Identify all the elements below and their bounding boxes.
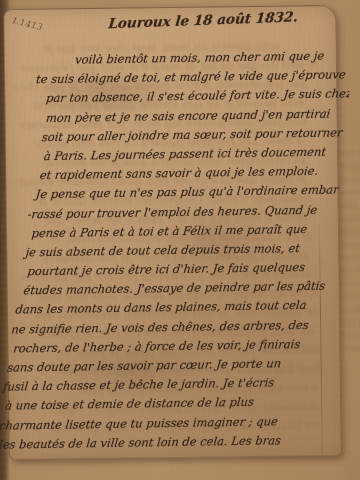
letter-body: voilà bientôt un mois, mon cher ami que … bbox=[0, 46, 354, 462]
manuscript-line: les beautés de la ville sont loin de cel… bbox=[0, 430, 313, 454]
archive-mark: I.1413 bbox=[12, 16, 44, 33]
letter-sheet: I.1413 voilà bientôt un mois, mon cher a… bbox=[3, 5, 341, 460]
dateline: Louroux le 18 août 1832. bbox=[108, 9, 310, 32]
manuscript-photo: { "document": { "archive_mark": "I.1413"… bbox=[0, 0, 360, 480]
